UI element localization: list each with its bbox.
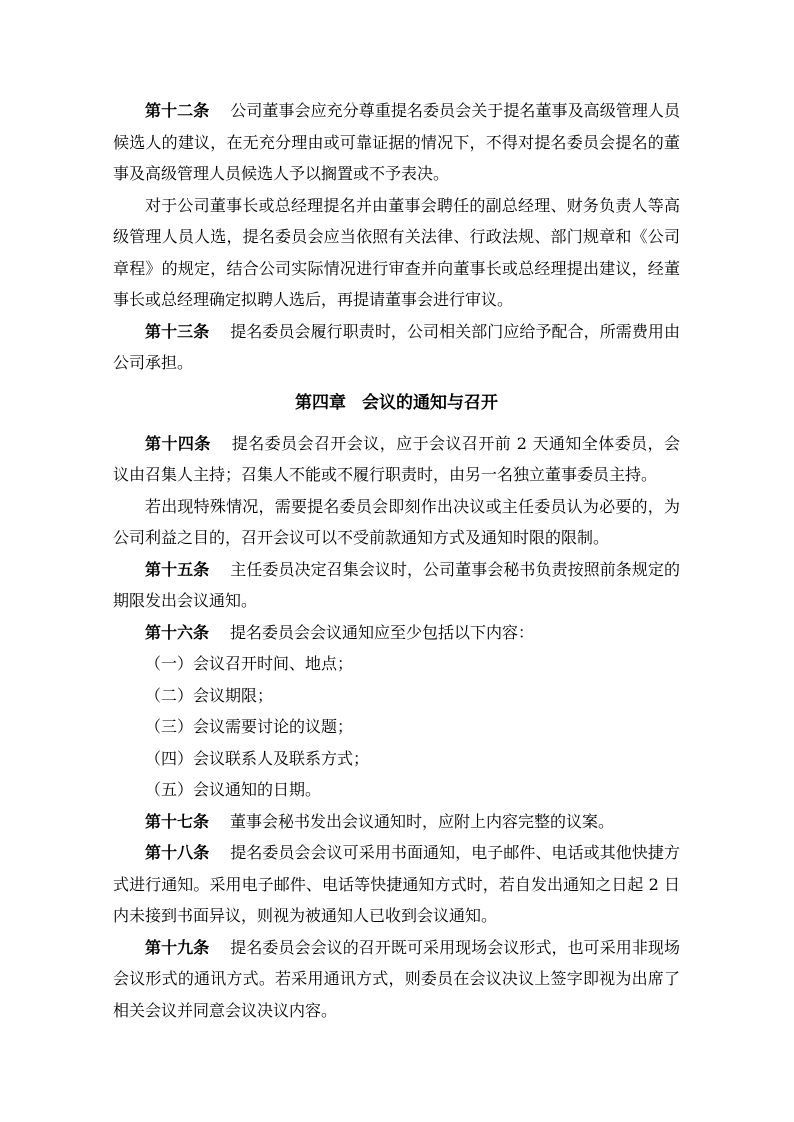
- article-17-paragraph: 第十七条董事会秘书发出会议通知时，应附上内容完整的议案。: [113, 806, 680, 838]
- chapter-4-heading: 第四章会议的通知与召开: [113, 387, 680, 420]
- notice-list-item-3: （三）会议需要讨论的议题；: [113, 711, 680, 743]
- article-16-paragraph: 第十六条提名委员会会议通知应至少包括以下内容：: [113, 617, 680, 649]
- article-17-text: 董事会秘书发出会议通知时，应附上内容完整的议案。: [230, 812, 614, 831]
- article-16-text: 提名委员会会议通知应至少包括以下内容：: [230, 623, 534, 642]
- article-19-number: 第十九条: [145, 938, 209, 957]
- notice-list-item-1: （一）会议召开时间、地点；: [113, 648, 680, 680]
- article-14-paragraph: 第十四条提名委员会召开会议，应于会议召开前 2 天通知全体委员，会议由召集人主持…: [113, 428, 680, 491]
- chapter-4-number: 第四章: [295, 393, 346, 413]
- article-12-continuation-text: 对于公司董事长或总经理提名并由董事会聘任的副总经理、财务负责人等高级管理人员人选…: [113, 196, 680, 310]
- notice-list-item-5: （五）会议通知的日期。: [113, 774, 680, 806]
- article-16-number: 第十六条: [145, 623, 209, 642]
- notice-list-item-2-text: （二）会议期限；: [145, 686, 273, 705]
- article-17-number: 第十七条: [145, 812, 209, 831]
- article-18-number: 第十八条: [145, 843, 209, 862]
- article-15-paragraph: 第十五条主任委员决定召集会议时，公司董事会秘书负责按照前条规定的期限发出会议通知…: [113, 554, 680, 617]
- article-12-continuation-paragraph: 对于公司董事长或总经理提名并由董事会聘任的副总经理、财务负责人等高级管理人员人选…: [113, 190, 680, 316]
- article-12-number: 第十二条: [145, 101, 209, 120]
- notice-list-item-4: （四）会议联系人及联系方式；: [113, 743, 680, 775]
- article-14-continuation-text: 若出现特殊情况，需要提名委员会即刻作出决议或主任委员认为必要的，为公司利益之目的…: [113, 497, 680, 548]
- document-page: 第十二条公司董事会应充分尊重提名委员会关于提名董事及高级管理人员候选人的建议，在…: [0, 0, 794, 1122]
- notice-list-item-1-text: （一）会议召开时间、地点；: [145, 654, 353, 673]
- notice-list-item-4-text: （四）会议联系人及联系方式；: [145, 749, 369, 768]
- notice-list-item-2: （二）会议期限；: [113, 680, 680, 712]
- article-18-paragraph: 第十八条提名委员会会议可采用书面通知，电子邮件、电话或其他快捷方式进行通知。采用…: [113, 837, 680, 932]
- notice-list-item-3-text: （三）会议需要讨论的议题；: [145, 717, 353, 736]
- article-14-continuation-paragraph: 若出现特殊情况，需要提名委员会即刻作出决议或主任委员认为必要的，为公司利益之目的…: [113, 491, 680, 554]
- chapter-4-title: 会议的通知与召开: [362, 393, 498, 413]
- article-15-number: 第十五条: [145, 560, 209, 579]
- notice-list-item-5-text: （五）会议通知的日期。: [145, 780, 321, 799]
- article-13-paragraph: 第十三条提名委员会履行职责时，公司相关部门应给予配合，所需费用由公司承担。: [113, 316, 680, 379]
- article-14-number: 第十四条: [145, 434, 211, 453]
- article-13-number: 第十三条: [145, 322, 209, 341]
- article-19-paragraph: 第十九条提名委员会会议的召开既可采用现场会议形式，也可采用非现场会议形式的通讯方…: [113, 932, 680, 1027]
- article-12-paragraph: 第十二条公司董事会应充分尊重提名委员会关于提名董事及高级管理人员候选人的建议，在…: [113, 95, 680, 190]
